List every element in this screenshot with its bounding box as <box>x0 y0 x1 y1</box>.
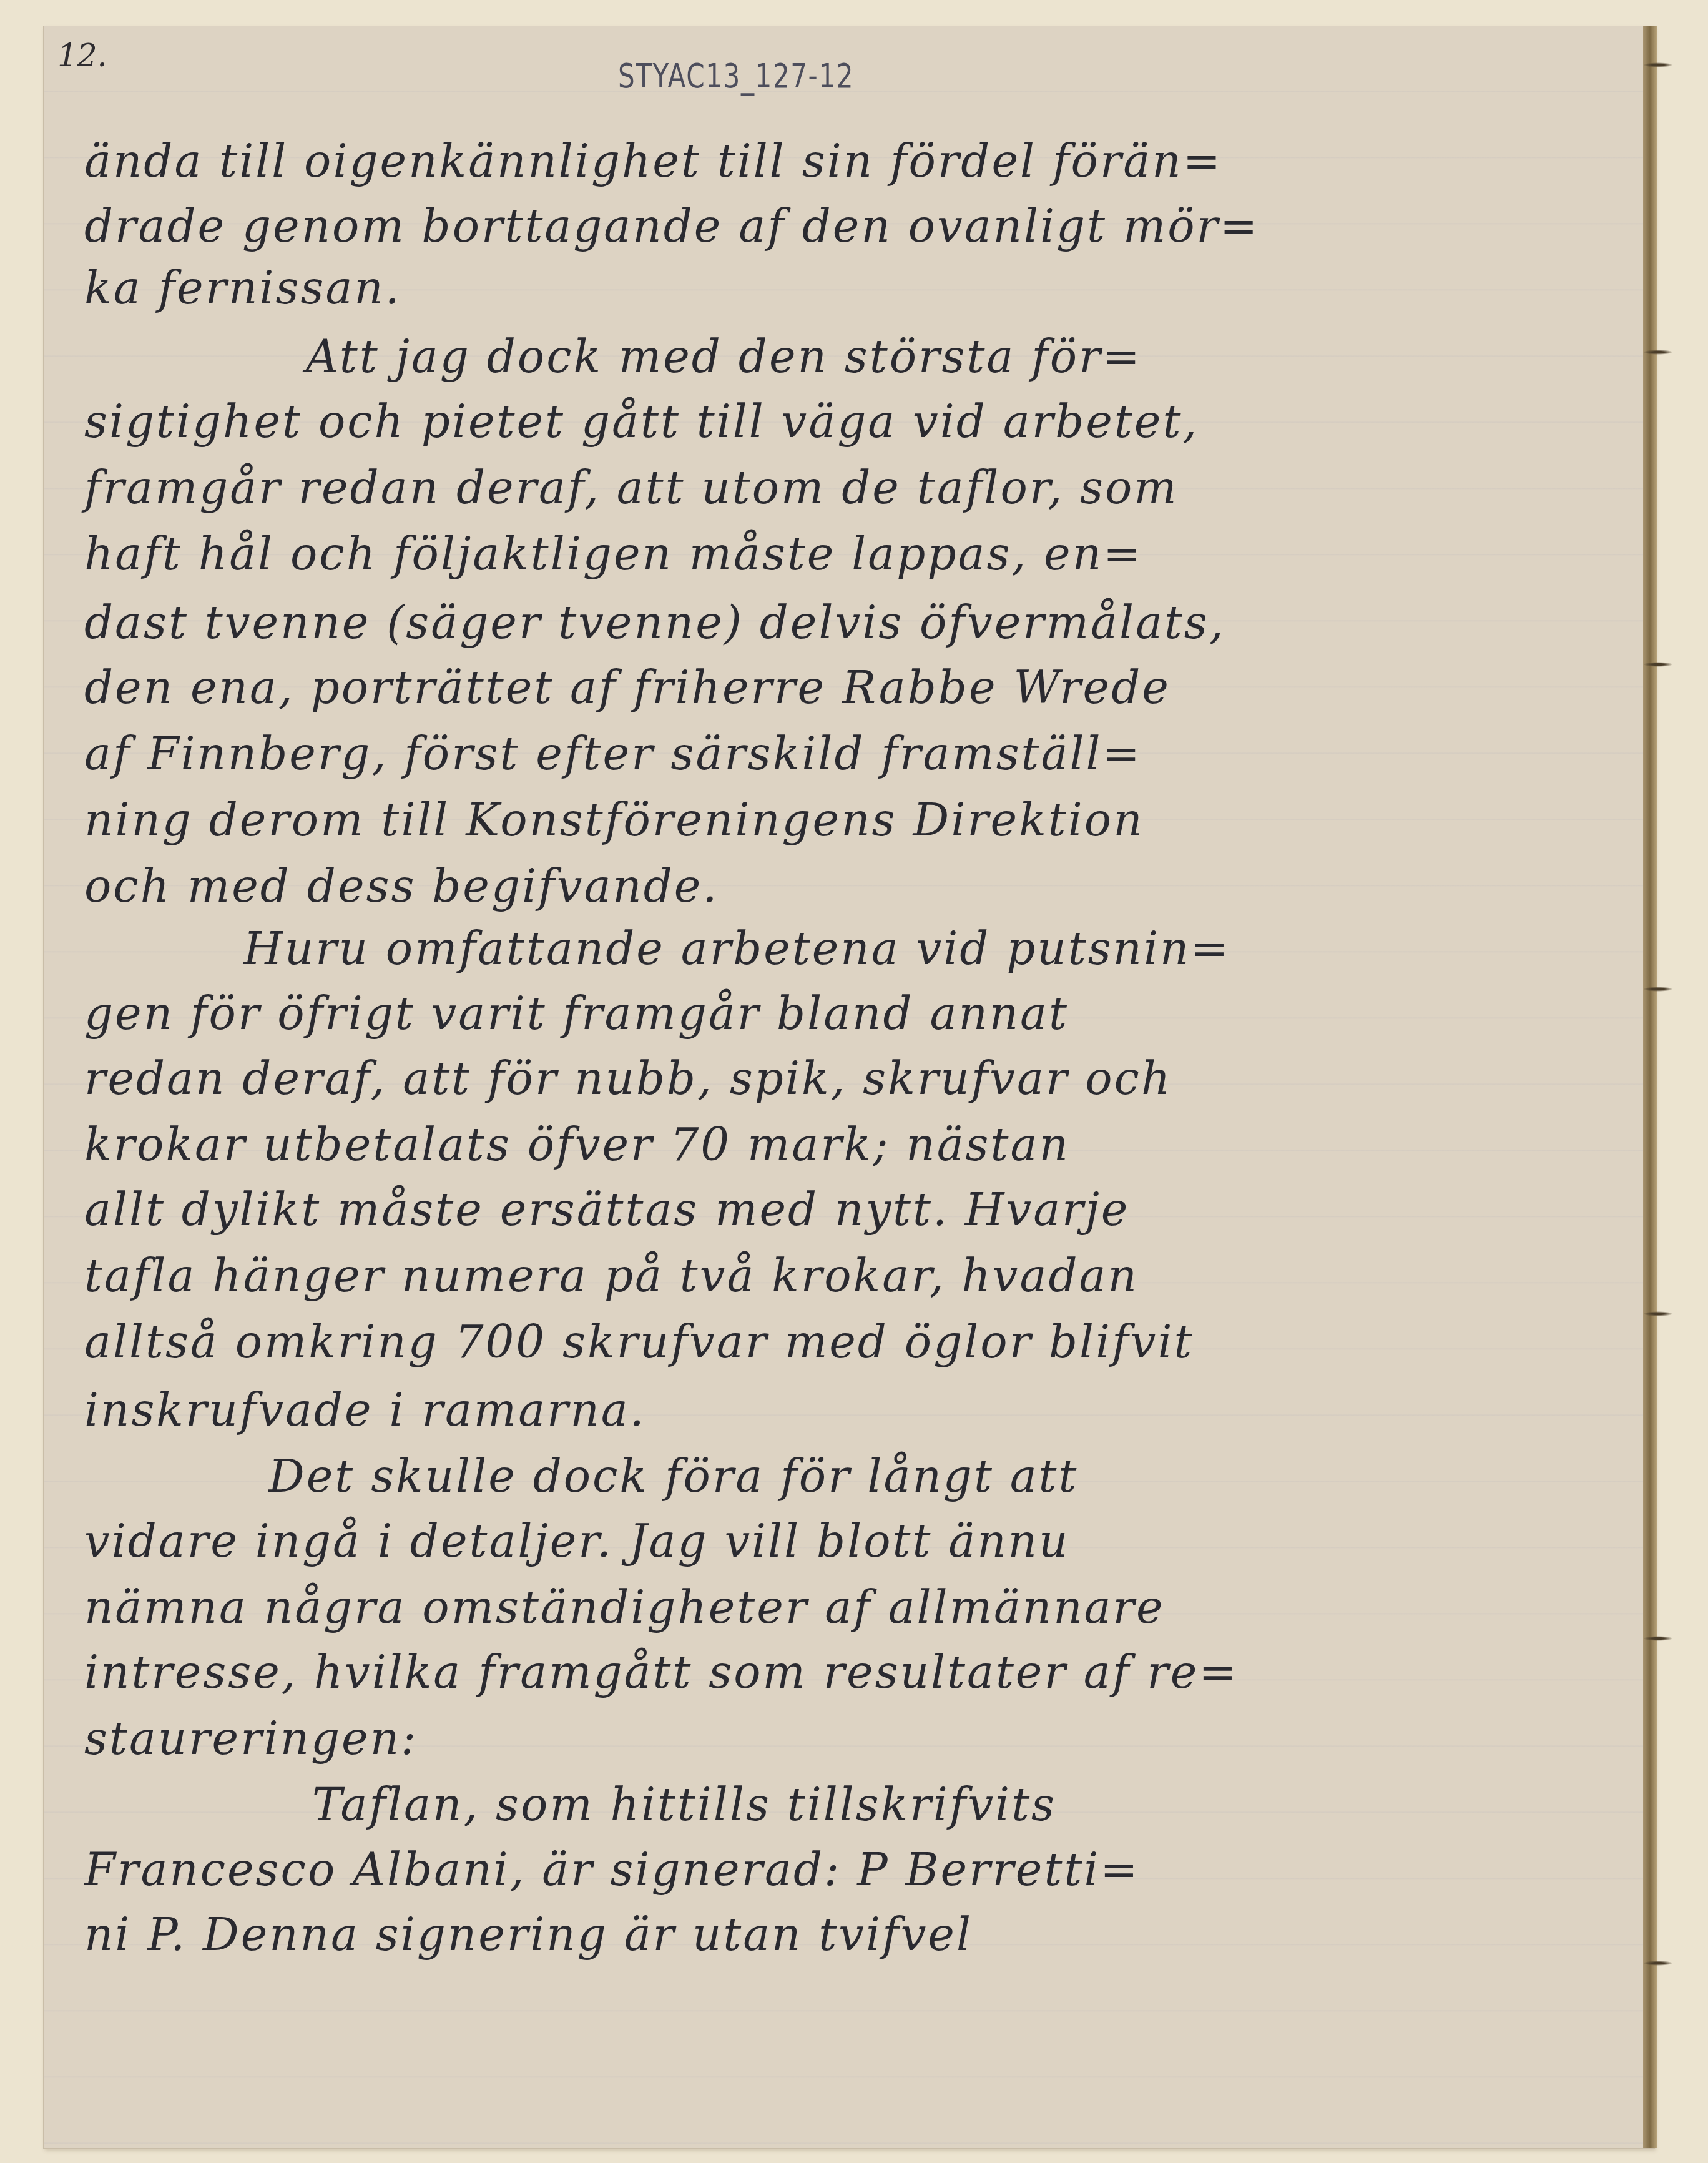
text-line: drade genom borttagande af den ovanligt … <box>84 204 1601 249</box>
text-line: Huru omfattande arbetena vid putsnin= <box>243 926 1708 971</box>
text-line: nämna några omständigheter af allmännare <box>84 1585 1601 1630</box>
text-line: och med dess begifvande. <box>84 864 1601 909</box>
text-line: ka fernissan. <box>84 265 1601 310</box>
text-line: inskrufvade i ramarna. <box>84 1387 1601 1432</box>
text-line: redan deraf, att för nubb, spik, skrufva… <box>84 1056 1601 1101</box>
text-line: Det skulle dock föra för långt att <box>268 1454 1708 1499</box>
archive-stamp: STYAC13_127-12 <box>618 56 854 96</box>
text-line: ni P. Denna signering är utan tvifvel <box>84 1912 1601 1957</box>
stitch-mark <box>1643 62 1673 67</box>
text-line: ända till oigenkännlighet till sin förde… <box>84 139 1601 184</box>
text-line: dast tvenne (säger tvenne) delvis öfverm… <box>84 600 1601 645</box>
text-line: vidare ingå i detaljer. Jag vill blott ä… <box>84 1519 1601 1564</box>
text-line: den ena, porträttet af friherre Rabbe Wr… <box>84 665 1601 710</box>
text-line: gen för öfrigt varit framgår bland annat <box>84 991 1601 1036</box>
text-line: ning derom till Konstföreningens Direkti… <box>84 797 1601 842</box>
text-line: Taflan, som hittills tillskrifvits <box>312 1782 1708 1827</box>
text-line: haft hål och följaktligen måste lappas, … <box>84 531 1601 576</box>
text-line: Francesco Albani, är signerad: P Berrett… <box>84 1847 1601 1892</box>
text-line: tafla hänger numera på två krokar, hvada… <box>84 1253 1601 1298</box>
text-line: krokar utbetalats öfver 70 mark; nästan <box>84 1122 1601 1167</box>
stitch-mark <box>1643 1311 1673 1316</box>
stitch-mark <box>1643 1961 1673 1966</box>
stitch-mark <box>1643 987 1673 992</box>
stitch-mark <box>1643 662 1673 667</box>
text-line: sigtighet och pietet gått till väga vid … <box>84 399 1601 444</box>
text-line: allt dylikt måste ersättas med nytt. Hva… <box>84 1187 1601 1232</box>
stitch-mark <box>1643 1636 1673 1641</box>
text-line: intresse, hvilka framgått som resultater… <box>84 1650 1601 1695</box>
text-line: Att jag dock med den största för= <box>306 334 1708 379</box>
text-line: staureringen: <box>84 1716 1601 1761</box>
text-line: framgår redan deraf, att utom de taflor,… <box>84 465 1601 510</box>
page-number: 12. <box>57 37 107 74</box>
text-line: alltså omkring 700 skrufvar med öglor bl… <box>84 1319 1601 1364</box>
text-line: af Finnberg, först efter särskild framst… <box>84 731 1601 776</box>
